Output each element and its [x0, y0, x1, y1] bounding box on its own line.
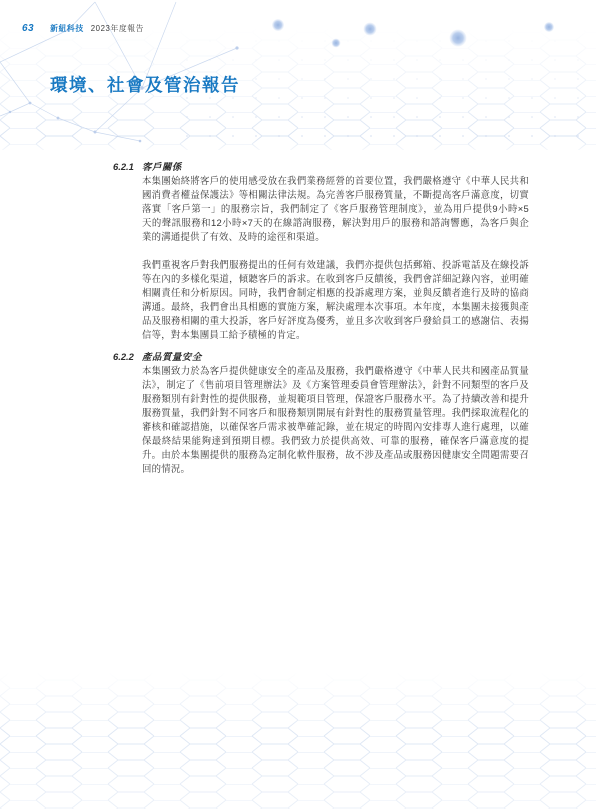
section-heading: 產品質量安全 [142, 350, 529, 364]
hexagon-band-bottom [0, 672, 596, 809]
page-number: 63 [22, 23, 34, 34]
section-product-quality-safety: 6.2.2 產品質量安全 本集團致力於為客戶提供健康安全的產品及服務，我們嚴格遵… [113, 350, 529, 476]
paragraph: 本集團始終將客戶的使用感受放在我們業務經營的首要位置，我們嚴格遵守《中華人民共和… [142, 174, 529, 244]
report-year-label: 2023年度報告 [91, 23, 144, 34]
paragraph: 我們重視客戶對我們服務提出的任何有效建議，我們亦提供包括郵箱、投訴電話及在線投訴… [142, 258, 529, 342]
section-heading: 客戶關係 [142, 160, 529, 174]
section-number: 6.2.1 [113, 160, 142, 174]
page-header: 63 新紐科技 2023年度報告 [22, 23, 144, 34]
paragraph: 本集團致力於為客戶提供健康安全的產品及服務，我們嚴格遵守《中華人民共和國產品質量… [142, 364, 529, 476]
report-page: 63 新紐科技 2023年度報告 環境、社會及管治報告 6.2.1 客戶關係 本… [0, 0, 596, 809]
page-title: 環境、社會及管治報告 [50, 72, 240, 97]
company-name: 新紐科技 [50, 23, 84, 34]
section-customer-relations: 6.2.1 客戶關係 本集團始終將客戶的使用感受放在我們業務經營的首要位置，我們… [113, 160, 529, 342]
section-number: 6.2.2 [113, 350, 142, 364]
document-body: 6.2.1 客戶關係 本集團始終將客戶的使用感受放在我們業務經營的首要位置，我們… [113, 160, 529, 476]
